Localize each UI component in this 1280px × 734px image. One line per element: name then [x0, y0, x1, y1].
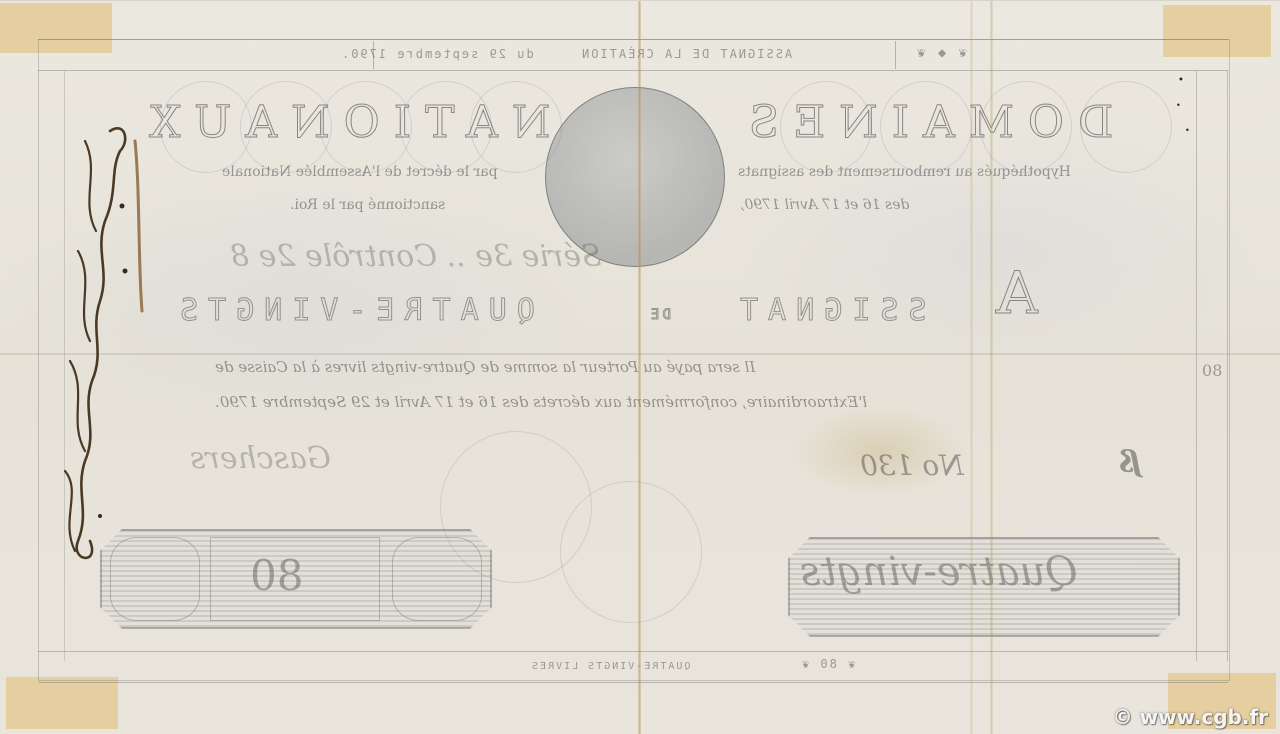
- body-line2: l'Extraordinaire, conformément aux décre…: [215, 393, 867, 411]
- left-cartouche-value: 80: [250, 551, 303, 600]
- tape-bottom-left: [6, 677, 118, 729]
- subheading-line1-left: par le décret de l'Assemblée Nationale: [222, 164, 498, 180]
- ink-speck: •: [1185, 126, 1190, 135]
- bottom-band-ornament: ❦ 80 ❦: [800, 657, 855, 671]
- bottom-band-text: QUATRE-VINGTS LIVRES: [530, 661, 690, 672]
- cartouche-cell: [392, 537, 482, 621]
- series-handwritten: Série 3e .. Contrôle 2e 8: [230, 239, 602, 274]
- subheading-line2-left: sanctionné par le Roi.: [290, 197, 445, 213]
- side-value: 80: [1197, 361, 1227, 380]
- series-letter: ß: [1118, 445, 1141, 480]
- handwritten-signature: [30, 111, 180, 581]
- top-band-divider-2: [895, 41, 896, 69]
- vertical-fold: [970, 1, 973, 734]
- main-title-value: QUATRE-VINGTS: [170, 293, 535, 328]
- top-band-divider: [373, 41, 374, 69]
- subheading-line1-right: Hypothéqués au remboursement des assigna…: [738, 164, 1071, 180]
- heading-nationaux: NATIONAUX: [135, 97, 550, 148]
- ink-speck: •: [1176, 101, 1181, 110]
- right-border-column: 80: [1196, 71, 1228, 661]
- main-title-initial: A: [996, 259, 1038, 327]
- heading-domaines: DOMAINES: [735, 97, 1113, 148]
- subheading-line2-right: des 16 et 17 Avril 1790,: [740, 197, 909, 213]
- top-band-center-text: ASSIGNAT DE LA CRÉATION: [580, 47, 792, 61]
- ink-speck: •: [1178, 75, 1184, 86]
- body-line1: Il sera payé au Porteur la somme de Quat…: [215, 358, 755, 376]
- vertical-fold: [638, 1, 641, 734]
- serial-number: No 130: [860, 449, 964, 482]
- printed-signature: Gaschers: [190, 441, 331, 476]
- banknote-scan: 80 du 29 septembre 1790. ASSIGNAT DE LA …: [0, 0, 1280, 734]
- top-band-left-text: du 29 septembre 1790.: [340, 47, 534, 61]
- right-cartouche-text: Quatre-vingts: [800, 549, 1078, 595]
- horizontal-fold: [0, 353, 1280, 355]
- cgb-watermark: © www.cgb.fr: [1113, 705, 1268, 729]
- vertical-fold: [990, 1, 993, 734]
- main-title-connector: DE: [648, 307, 671, 323]
- main-title-word: SSIGNAT: [730, 293, 926, 328]
- top-band-ornament: ❦ ◆ ❦: [915, 45, 967, 61]
